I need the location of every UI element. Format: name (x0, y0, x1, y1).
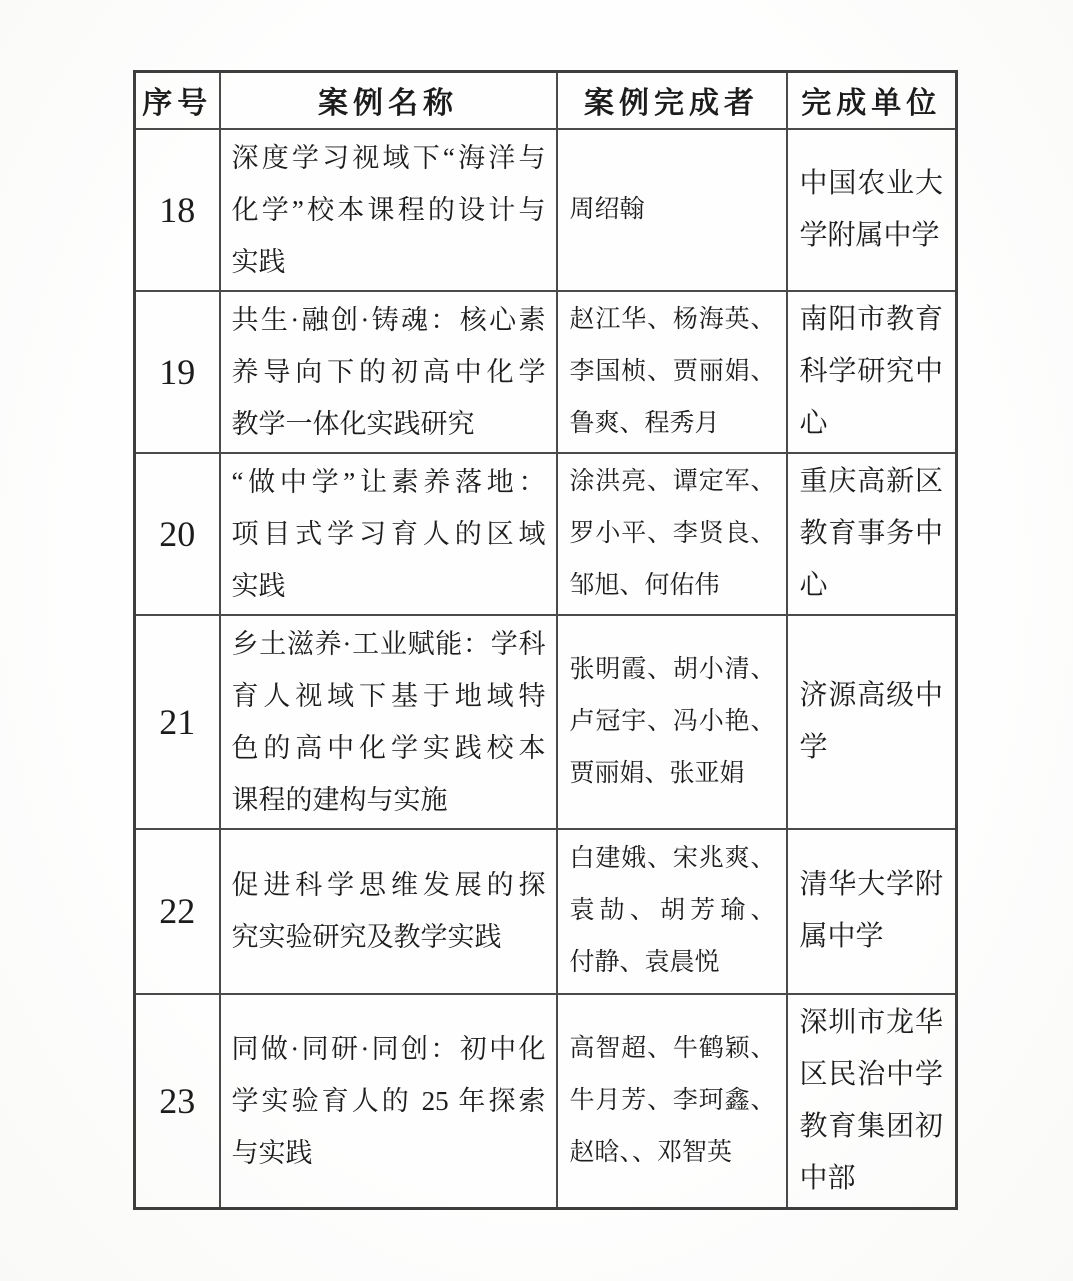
cell-no: 18 (135, 129, 220, 291)
table-header: 序号 案例名称 案例完成者 完成单位 (135, 72, 957, 129)
cell-case-name: 同做·同研·同创：初中化学实验育人的 25 年探索与实践 (220, 994, 557, 1209)
cell-org: 重庆高新区教育事务中心 (787, 453, 957, 615)
text-line: 赵江华、杨海英、 (570, 294, 776, 346)
text-line: 与实践 (232, 1127, 546, 1179)
text-line: 学实验育人的 25 年探索 (232, 1075, 546, 1127)
text-line: 赵晗、、邓智英 (570, 1127, 776, 1179)
text-line: 李国桢、贾丽娟、 (570, 346, 776, 398)
cell-lines: 赵江华、杨海英、李国桢、贾丽娟、鲁爽、程秀月 (558, 292, 786, 452)
cell-case-name: 深度学习视域下“海洋与化学”校本课程的设计与实践 (220, 129, 557, 291)
text-line: 教育集团初 (800, 1101, 944, 1153)
cell-org: 济源高级中学 (787, 615, 957, 829)
cell-authors: 高智超、牛鹤颖、牛月芳、李珂鑫、赵晗、、邓智英 (557, 994, 787, 1209)
cell-lines: 共生·融创·铸魂：核心素养导向下的初高中化学教学一体化实践研究 (221, 292, 556, 452)
cell-no: 23 (135, 994, 220, 1209)
text-line: 高智超、牛鹤颖、 (570, 1023, 776, 1075)
text-line: 深圳市龙华 (800, 997, 944, 1049)
text-line: 项目式学习育人的区域 (232, 508, 546, 560)
header-cell-authors: 案例完成者 (557, 72, 787, 129)
cell-lines: 高智超、牛鹤颖、牛月芳、李珂鑫、赵晗、、邓智英 (558, 1021, 786, 1181)
cell-lines: 周绍翰 (558, 182, 786, 238)
text-line: 科学研究中 (800, 346, 944, 398)
text-line: 乡土滋养·工业赋能：学科 (232, 618, 546, 670)
text-line: 教学一体化实践研究 (232, 398, 546, 450)
text-line: 白建娥、宋兆爽、 (570, 833, 776, 885)
text-line: 罗小平、李贤良、 (570, 508, 776, 560)
text-line: 周绍翰 (570, 184, 776, 236)
cell-authors: 张明霞、胡小清、卢冠宇、冯小艳、贾丽娟、张亚娟 (557, 615, 787, 829)
text-line: 学 (800, 722, 944, 774)
cell-org: 清华大学附属中学 (787, 829, 957, 994)
cell-case-name: 共生·融创·铸魂：核心素养导向下的初高中化学教学一体化实践研究 (220, 291, 557, 453)
cell-case-name: 乡土滋养·工业赋能：学科育人视域下基于地域特色的高中化学实践校本课程的建构与实施 (220, 615, 557, 829)
cell-lines: 白建娥、宋兆爽、袁劼、胡芳瑜、付静、袁晨悦 (558, 831, 786, 991)
cell-lines: 涂洪亮、谭定军、罗小平、李贤良、邹旭、何佑伟 (558, 454, 786, 614)
cell-no: 20 (135, 453, 220, 615)
text-line: 实践 (232, 236, 546, 288)
cell-no: 22 (135, 829, 220, 994)
header-cell-org: 完成单位 (787, 72, 957, 129)
cell-lines: 张明霞、胡小清、卢冠宇、冯小艳、贾丽娟、张亚娟 (558, 642, 786, 802)
text-line: 牛月芳、李珂鑫、 (570, 1075, 776, 1127)
header-row: 序号 案例名称 案例完成者 完成单位 (135, 72, 957, 129)
table-row: 18深度学习视域下“海洋与化学”校本课程的设计与实践周绍翰中国农业大学附属中学 (135, 129, 957, 291)
cell-org: 深圳市龙华区民治中学教育集团初中部 (787, 994, 957, 1209)
cell-no: 21 (135, 615, 220, 829)
table-body: 18深度学习视域下“海洋与化学”校本课程的设计与实践周绍翰中国农业大学附属中学1… (135, 129, 957, 1209)
table-row: 23同做·同研·同创：初中化学实验育人的 25 年探索与实践高智超、牛鹤颖、牛月… (135, 994, 957, 1209)
cell-lines: 中国农业大学附属中学 (788, 156, 956, 264)
text-line: 色的高中化学实践校本 (232, 722, 546, 774)
text-line: 清华大学附 (800, 859, 944, 911)
text-line: 实践 (232, 560, 546, 612)
text-line: 涂洪亮、谭定军、 (570, 456, 776, 508)
header-cell-no: 序号 (135, 72, 220, 129)
cell-no: 19 (135, 291, 220, 453)
cell-lines: 深度学习视域下“海洋与化学”校本课程的设计与实践 (221, 130, 556, 290)
cell-lines: 深圳市龙华区民治中学教育集团初中部 (788, 995, 956, 1207)
text-line: 邹旭、何佑伟 (570, 560, 776, 612)
text-line: 属中学 (800, 911, 944, 963)
cell-authors: 周绍翰 (557, 129, 787, 291)
cases-table: 序号 案例名称 案例完成者 完成单位 18深度学习视域下“海洋与化学”校本课程的… (133, 70, 958, 1210)
cell-authors: 白建娥、宋兆爽、袁劼、胡芳瑜、付静、袁晨悦 (557, 829, 787, 994)
text-line: 课程的建构与实施 (232, 774, 546, 826)
cell-org: 南阳市教育科学研究中心 (787, 291, 957, 453)
text-line: 育人视域下基于地域特 (232, 670, 546, 722)
text-line: 付静、袁晨悦 (570, 937, 776, 989)
cell-lines: 同做·同研·同创：初中化学实验育人的 25 年探索与实践 (221, 1021, 556, 1181)
table-row: 22促进科学思维发展的探究实验研究及教学实践白建娥、宋兆爽、袁劼、胡芳瑜、付静、… (135, 829, 957, 994)
cell-authors: 涂洪亮、谭定军、罗小平、李贤良、邹旭、何佑伟 (557, 453, 787, 615)
text-line: 袁劼、胡芳瑜、 (570, 885, 776, 937)
table-row: 20“做中学”让素养落地：项目式学习育人的区域实践涂洪亮、谭定军、罗小平、李贤良… (135, 453, 957, 615)
cell-org: 中国农业大学附属中学 (787, 129, 957, 291)
text-line: 中国农业大 (800, 158, 944, 210)
text-line: 卢冠宇、冯小艳、 (570, 696, 776, 748)
text-line: 贾丽娟、张亚娟 (570, 748, 776, 800)
text-line: 教育事务中 (800, 508, 944, 560)
cell-lines: 重庆高新区教育事务中心 (788, 454, 956, 614)
cell-case-name: 促进科学思维发展的探究实验研究及教学实践 (220, 829, 557, 994)
text-line: 究实验研究及教学实践 (232, 911, 546, 963)
cell-lines: 促进科学思维发展的探究实验研究及教学实践 (221, 857, 556, 965)
text-line: 中部 (800, 1153, 944, 1205)
text-line: 济源高级中 (800, 670, 944, 722)
text-line: 促进科学思维发展的探 (232, 859, 546, 911)
text-line: 张明霞、胡小清、 (570, 644, 776, 696)
text-line: 深度学习视域下“海洋与 (232, 132, 546, 184)
text-line: 重庆高新区 (800, 456, 944, 508)
text-line: 共生·融创·铸魂：核心素 (232, 294, 546, 346)
text-line: 南阳市教育 (800, 294, 944, 346)
cell-case-name: “做中学”让素养落地：项目式学习育人的区域实践 (220, 453, 557, 615)
text-line: “做中学”让素养落地： (232, 456, 546, 508)
text-line: 同做·同研·同创：初中化 (232, 1023, 546, 1075)
text-line: 学附属中学 (800, 210, 944, 262)
cell-authors: 赵江华、杨海英、李国桢、贾丽娟、鲁爽、程秀月 (557, 291, 787, 453)
cell-lines: 南阳市教育科学研究中心 (788, 292, 956, 452)
text-line: 区民治中学 (800, 1049, 944, 1101)
cell-lines: 乡土滋养·工业赋能：学科育人视域下基于地域特色的高中化学实践校本课程的建构与实施 (221, 616, 556, 828)
cell-lines: 清华大学附属中学 (788, 857, 956, 965)
text-line: 心 (800, 398, 944, 450)
cell-lines: “做中学”让素养落地：项目式学习育人的区域实践 (221, 454, 556, 614)
text-line: 心 (800, 560, 944, 612)
header-cell-case-name: 案例名称 (220, 72, 557, 129)
text-line: 养导向下的初高中化学 (232, 346, 546, 398)
cell-lines: 济源高级中学 (788, 668, 956, 776)
table-row: 19共生·融创·铸魂：核心素养导向下的初高中化学教学一体化实践研究赵江华、杨海英… (135, 291, 957, 453)
text-line: 鲁爽、程秀月 (570, 398, 776, 450)
table-row: 21乡土滋养·工业赋能：学科育人视域下基于地域特色的高中化学实践校本课程的建构与… (135, 615, 957, 829)
text-line: 化学”校本课程的设计与 (232, 184, 546, 236)
